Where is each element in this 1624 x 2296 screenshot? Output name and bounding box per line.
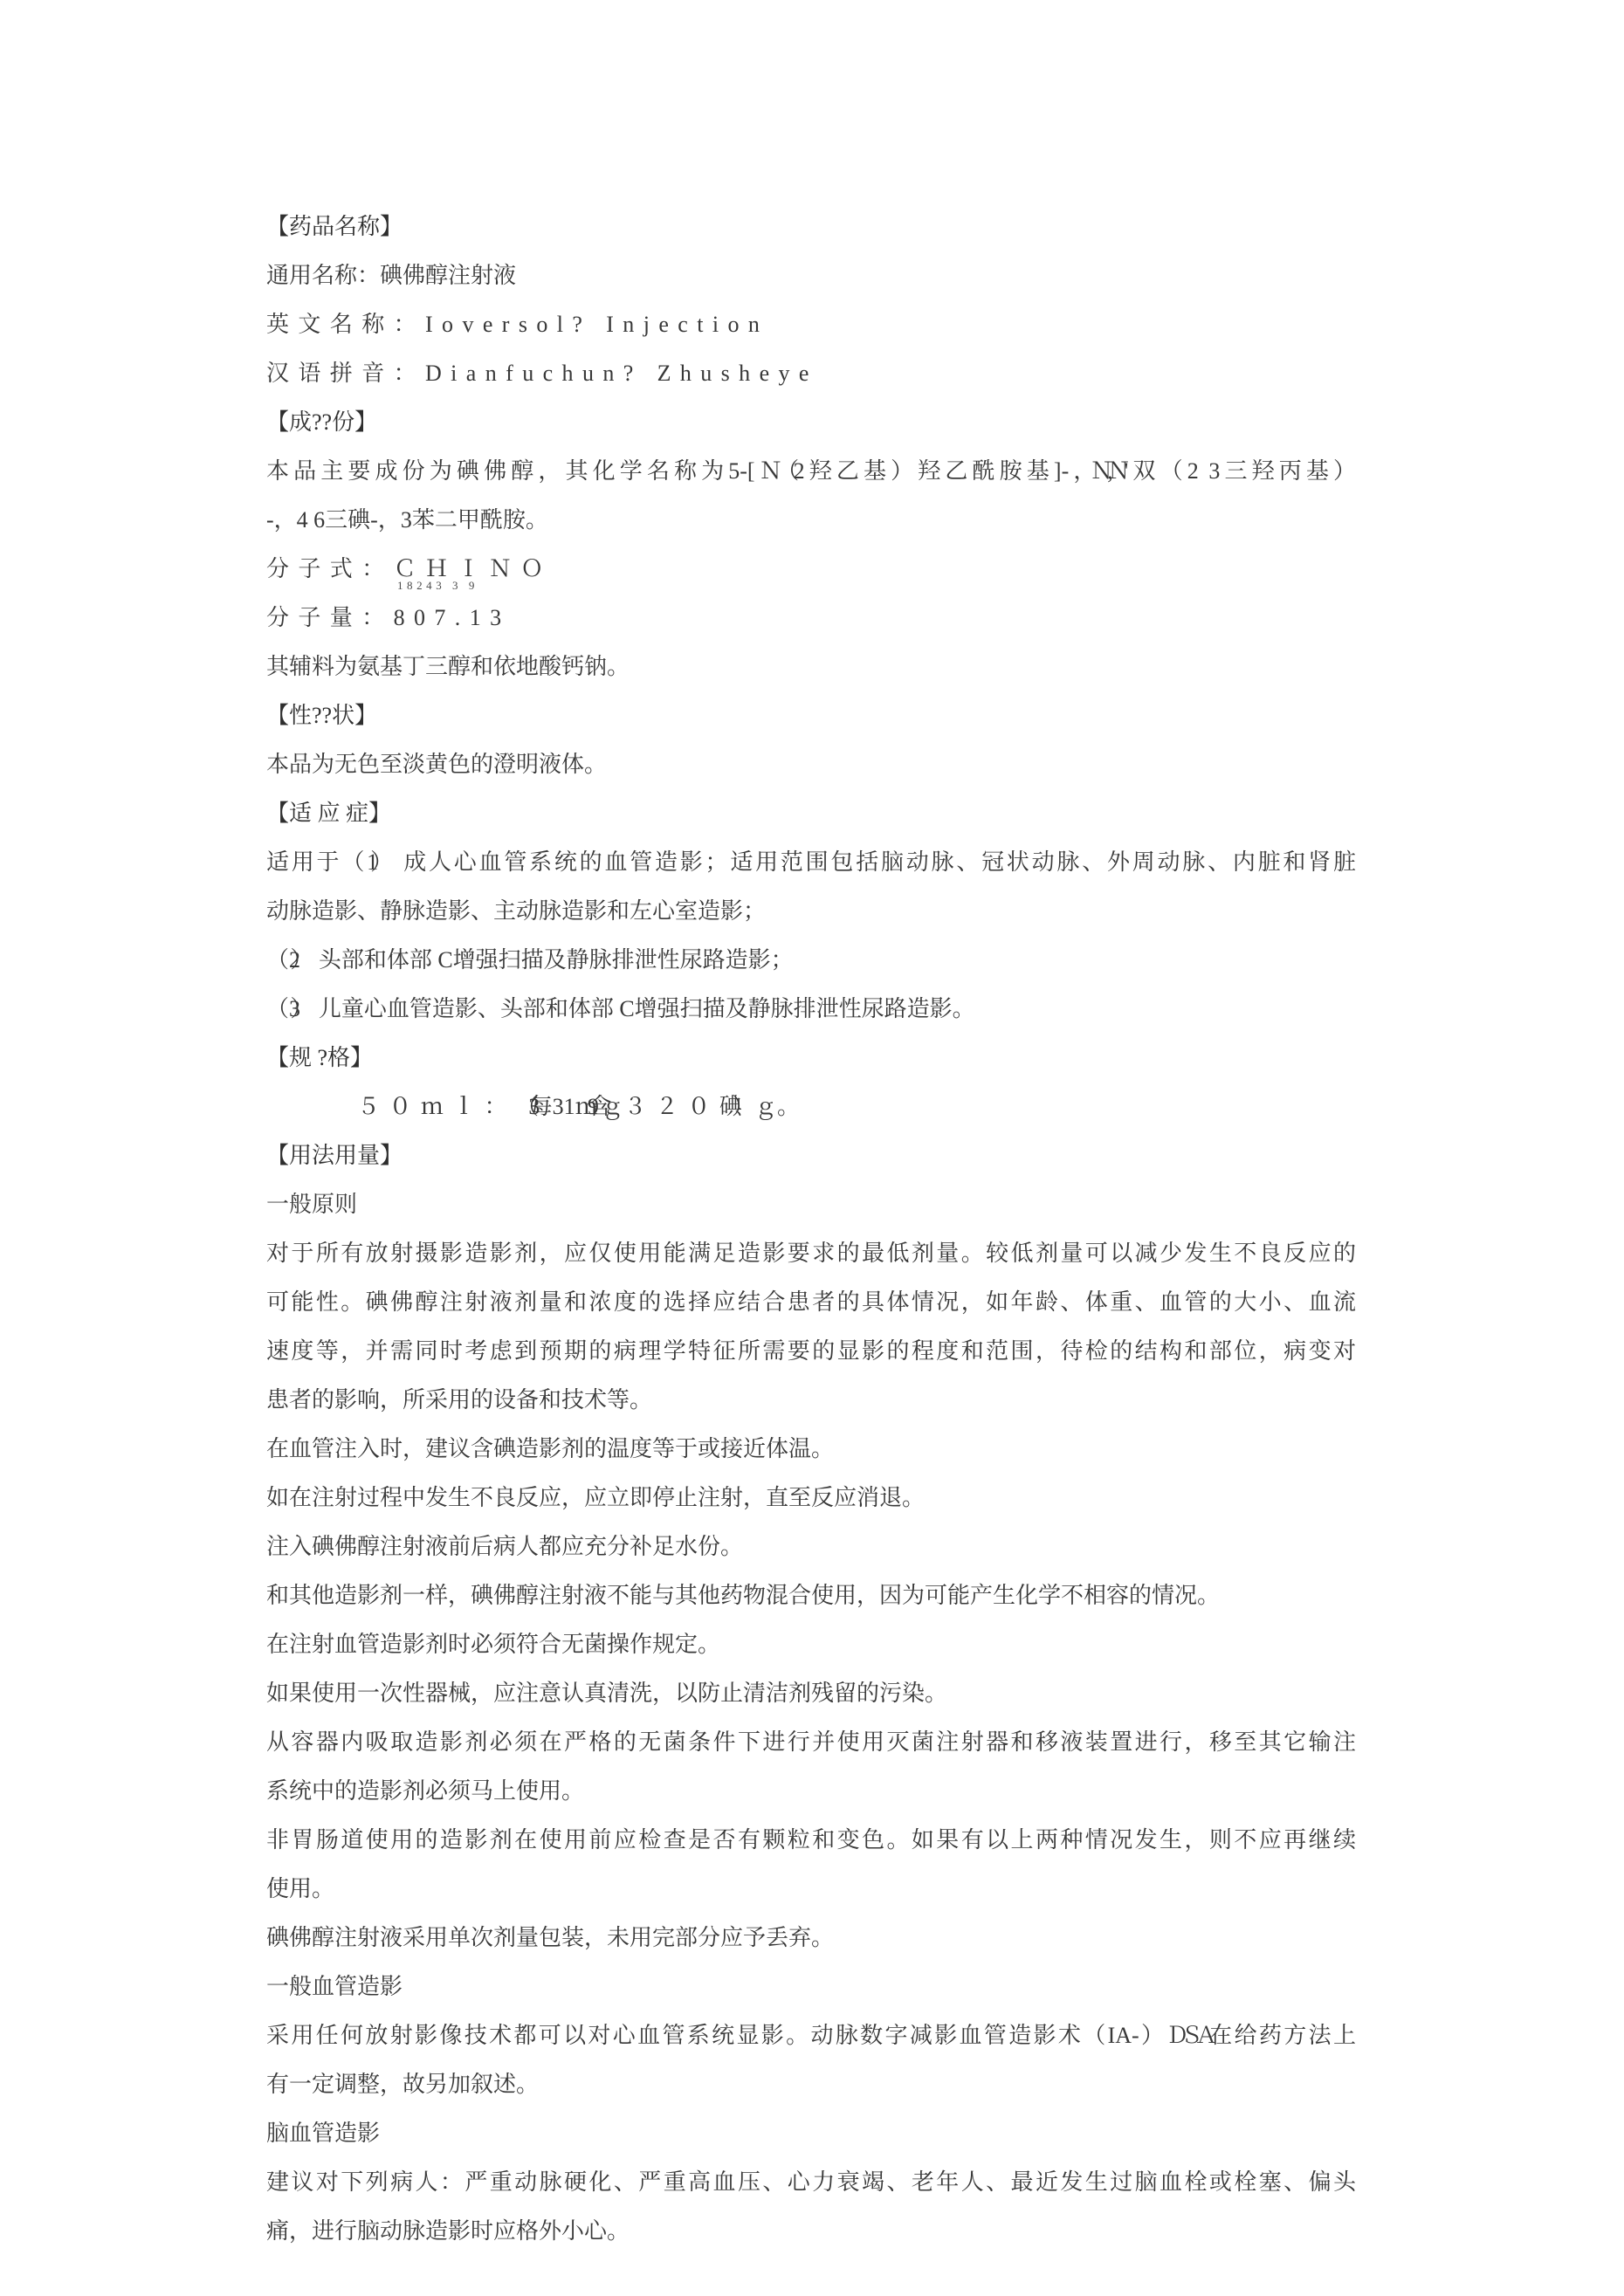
general-angiography-title-run-0: 一般血管造影	[266, 1974, 403, 1999]
strength-line-run-3: 31	[553, 1094, 575, 1119]
description-line-run-0: 本品为无色至淡黄色的澄明液体。	[266, 752, 607, 777]
section-header-description: 【性??状】	[266, 691, 1356, 740]
composition-line-1-run-2: 羟乙基）羟乙酰胺基]-	[805, 458, 1070, 484]
dosage-paragraph-7-run-0: 如果使用一次性器械，应注意认真清洗，以防止清洁剂残留的污染。	[266, 1681, 947, 1706]
indications-line-3: （2） 头部和体部 C增强扫描及静脉排泄性尿路造影；	[266, 936, 1356, 985]
generic-name-line: 通用名称：碘佛醇注射液	[266, 251, 1356, 300]
dosage-paragraph-8-line-1: 从容器内吸取造影剂必须在严格的无菌条件下进行并使用灭菌注射器和移液装置进行，移至…	[266, 1718, 1356, 1767]
dosage-paragraph-7: 如果使用一次性器械，应注意认真清洗，以防止清洁剂残留的污染。	[266, 1669, 1356, 1718]
section-header-indications-run-0: 【适 应 症】	[266, 801, 391, 826]
dosage-general-principles-title: 一般原则	[266, 1180, 1356, 1229]
general-angiography-line-1: 采用任何放射影像技术都可以对心血管系统显影。动脉数字减影血管造影术（IA-）ＤＳ…	[266, 2011, 1356, 2060]
composition-line-1-run-0: 本品主要成份为碘佛醇，其化学名称为5-[	[266, 458, 755, 484]
cerebral-angiography-line-2-run-0: 痛，进行脑动脉造影时应格外小心。	[266, 2218, 630, 2244]
dosage-paragraph-1-line-1: 对于所有放射摄影造影剂，应仅使用能满足造影要求的最低剂量。较低剂量可以减少发生不…	[266, 1229, 1356, 1278]
dosage-paragraph-8-line-1-run-0: 从容器内吸取造影剂必须在严格的无菌条件下进行并使用灭菌注射器和移液装置进行，移至…	[266, 1729, 1356, 1755]
indications-line-1-run-1: 1）	[367, 849, 385, 875]
dosage-paragraph-3: 如在注射过程中发生不良反应，应立即停止注射，直至反应消退。	[266, 1474, 1356, 1523]
indications-line-4-run-0: （	[266, 996, 289, 1021]
section-header-drug-name-run-0: 【药品名称】	[266, 214, 403, 239]
indications-line-4-run-1: 3）	[289, 996, 303, 1021]
cerebral-angiography-line-2: 痛，进行脑动脉造影时应格外小心。	[266, 2207, 1356, 2256]
strength-line-run-7: ｇ。	[754, 1094, 800, 1119]
dosage-paragraph-1-line-3-run-0: 速度等，并需同时考虑到预期的病理学特征所需要的显影的程度和范围，待检的结构和部位…	[266, 1338, 1356, 1364]
section-header-composition: 【成??份】	[266, 398, 1356, 447]
dosage-paragraph-9-line-1-run-0: 非胃肠道使用的造影剂在使用前应检查是否有颗粒和变色。如果有以上两种情况发生，则不…	[266, 1827, 1356, 1853]
dosage-paragraph-10: 碘佛醇注射液采用单次剂量包装，未用完部分应予丢弃。	[266, 1914, 1356, 1963]
excipients-line: 其辅料为氨基丁三醇和依地酸钙钠。	[266, 643, 1356, 691]
general-angiography-line-1-run-1: ＤＳＡ在	[1166, 2023, 1224, 2048]
composition-line-2-run-0: -，4 6三碘-，3苯二甲酰胺。	[266, 507, 548, 533]
dosage-paragraph-1-line-2: 可能性。碘佛醇注射液剂量和浓度的选择应结合患者的具体情况，如年龄、体重、血管的大…	[266, 1278, 1356, 1327]
dosage-paragraph-5-run-0: 和其他造影剂一样，碘佛醇注射液不能与其他药物混合使用，因为可能产生化学不相容的情…	[266, 1583, 1220, 1608]
molecular-formula-line: 分子式：ＣＨＩＮＯ18243 3 9	[266, 545, 1356, 594]
section-header-composition-run-0: 【成??份】	[266, 409, 377, 435]
composition-line-1: 本品主要成份为碘佛醇，其化学名称为5-[Ｎ（2羟乙基）羟乙酰胺基]-，Ｎ,Ｎ'双…	[266, 447, 1356, 496]
indications-line-1: 适用于（1） 成人心血管系统的血管造影；适用范围包括脑动脉、冠状动脉、外周动脉、…	[266, 838, 1356, 887]
section-header-indications: 【适 应 症】	[266, 789, 1356, 838]
section-header-description-run-0: 【性??状】	[266, 703, 377, 728]
general-angiography-line-2: 有一定调整，故另加叙述。	[266, 2060, 1356, 2109]
cerebral-angiography-title-run-0: 脑血管造影	[266, 2121, 380, 2146]
section-header-drug-name: 【药品名称】	[266, 203, 1356, 251]
dosage-paragraph-4: 注入碘佛醇注射液前后病人都应充分补足水份。	[266, 1523, 1356, 1571]
document-page: 【药品名称】通用名称：碘佛醇注射液英文名称：Ioversol? Injectio…	[266, 203, 1356, 2256]
composition-line-1-run-4: 双（2 3三羟丙基）	[1128, 458, 1356, 484]
indications-line-1-run-0: 适用于（	[266, 849, 367, 875]
pinyin-name-line: 汉语拼音：Dianfuchun? Zhusheye	[266, 349, 1356, 398]
section-header-dosage: 【用法用量】	[266, 1131, 1356, 1180]
dosage-paragraph-1-line-3: 速度等，并需同时考虑到预期的病理学特征所需要的显影的程度和范围，待检的结构和部位…	[266, 1327, 1356, 1376]
description-line: 本品为无色至淡黄色的澄明液体。	[266, 740, 1356, 789]
indications-line-3-run-0: （	[266, 947, 289, 973]
dosage-paragraph-3-run-0: 如在注射过程中发生不良反应，应立即停止注射，直至反应消退。	[266, 1485, 925, 1510]
molecular-weight-line-run-0: 分子量：807.13	[266, 605, 511, 630]
english-name-line-run-0: 英文名称：Ioversol? Injection	[266, 312, 768, 337]
composition-line-2: -，4 6三碘-，3苯二甲酰胺。	[266, 496, 1356, 545]
dosage-paragraph-6: 在注射血管造影剂时必须符合无菌操作规定。	[266, 1620, 1356, 1669]
generic-name-line-run-0: 通用名称：碘佛醇注射液	[266, 263, 516, 288]
english-name-line: 英文名称：Ioversol? Injection	[266, 300, 1356, 349]
dosage-paragraph-10-run-0: 碘佛醇注射液采用单次剂量包装，未用完部分应予丢弃。	[266, 1925, 834, 1950]
section-header-strength-run-0: 【规 ?格】	[266, 1045, 373, 1070]
dosage-general-principles-title-run-0: 一般原则	[266, 1192, 357, 1217]
cerebral-angiography-line-1-run-0: 建议对下列病人：严重动脉硬化、严重高血压、心力衰竭、老年人、最近发生过脑血栓或栓…	[266, 2169, 1356, 2195]
dosage-paragraph-8-line-2-run-0: 系统中的造影剂必须马上使用。	[266, 1778, 584, 1804]
dosage-paragraph-2-run-0: 在血管注入时，建议含碘造影剂的温度等于或接近体温。	[266, 1436, 834, 1461]
dosage-paragraph-9-line-1: 非胃肠道使用的造影剂在使用前应检查是否有颗粒和变色。如果有以上两种情况发生，则不…	[266, 1816, 1356, 1865]
strength-line-run-2: （3每	[527, 1094, 542, 1119]
pinyin-name-line-run-0: 汉语拼音：Dianfuchun? Zhusheye	[266, 361, 818, 386]
general-angiography-title: 一般血管造影	[266, 1963, 1356, 2011]
indications-line-3-run-1: 2）	[289, 947, 303, 973]
excipients-line-run-0: 其辅料为氨基丁三醇和依地酸钙钠。	[266, 654, 630, 679]
composition-line-1-run-1: Ｎ（2	[755, 458, 795, 484]
dosage-paragraph-9-line-2-run-0: 使用。	[266, 1876, 334, 1901]
strength-line-run-4: ｍ9含ｇ	[575, 1094, 614, 1119]
cerebral-angiography-line-1: 建议对下列病人：严重动脉硬化、严重高血压、心力衰竭、老年人、最近发生过脑血栓或栓…	[266, 2158, 1356, 2207]
strength-line: ５０ｍｌ： （3每31ｍ9含ｇ３２０碘）ｇ。	[266, 1083, 1356, 1131]
molecular-weight-line: 分子量：807.13	[266, 594, 1356, 643]
cerebral-angiography-title: 脑血管造影	[266, 2109, 1356, 2158]
indications-line-3-run-2: 头部和体部 C增强扫描及静脉排泄性尿路造影；	[313, 947, 793, 973]
general-angiography-line-1-run-0: 采用任何放射影像技术都可以对心血管系统显影。动脉数字减影血管造影术（IA-）	[266, 2023, 1166, 2048]
indications-line-1-run-2: 成人心血管系统的血管造影；适用范围包括脑动脉、冠状动脉、外周动脉、内脏和肾脏	[396, 849, 1356, 875]
dosage-paragraph-1-line-2-run-0: 可能性。碘佛醇注射液剂量和浓度的选择应结合患者的具体情况，如年龄、体重、血管的大…	[266, 1289, 1356, 1315]
indications-line-4: （3） 儿童心血管造影、头部和体部 C增强扫描及静脉排泄性尿路造影。	[266, 985, 1356, 1034]
composition-line-1-run-3: ，Ｎ,Ｎ'	[1069, 458, 1118, 484]
indications-line-2-run-0: 动脉造影、静脉造影、主动脉造影和左心室造影；	[266, 898, 766, 924]
strength-line-run-5: ３２０	[624, 1094, 719, 1119]
dosage-paragraph-4-run-0: 注入碘佛醇注射液前后病人都应充分补足水份。	[266, 1534, 743, 1559]
dosage-paragraph-1-line-1-run-0: 对于所有放射摄影造影剂，应仅使用能满足造影要求的最低剂量。较低剂量可以减少发生不…	[266, 1241, 1356, 1266]
dosage-paragraph-6-run-0: 在注射血管造影剂时必须符合无菌操作规定。	[266, 1632, 720, 1657]
dosage-paragraph-9-line-2: 使用。	[266, 1865, 1356, 1914]
strength-line-run-6: 碘）	[719, 1094, 745, 1119]
dosage-paragraph-2: 在血管注入时，建议含碘造影剂的温度等于或接近体温。	[266, 1425, 1356, 1474]
molecular-formula-line-run-1: 18243 3 9	[397, 580, 478, 591]
general-angiography-line-1-run-2: 给药方法上	[1235, 2023, 1356, 2048]
indications-line-4-run-2: 儿童心血管造影、头部和体部 C增强扫描及静脉排泄性尿路造影。	[313, 996, 974, 1021]
dosage-paragraph-1-line-4: 患者的影响，所采用的设备和技术等。	[266, 1376, 1356, 1425]
general-angiography-line-2-run-0: 有一定调整，故另加叙述。	[266, 2072, 539, 2097]
dosage-paragraph-5: 和其他造影剂一样，碘佛醇注射液不能与其他药物混合使用，因为可能产生化学不相容的情…	[266, 1571, 1356, 1620]
dosage-paragraph-1-line-4-run-0: 患者的影响，所采用的设备和技术等。	[266, 1387, 652, 1413]
section-header-dosage-run-0: 【用法用量】	[266, 1143, 403, 1168]
section-header-strength: 【规 ?格】	[266, 1034, 1356, 1083]
strength-line-run-1	[505, 1094, 527, 1119]
strength-line-run-0: ５０ｍｌ：	[357, 1094, 505, 1119]
dosage-paragraph-8-line-2: 系统中的造影剂必须马上使用。	[266, 1767, 1356, 1816]
indications-line-2: 动脉造影、静脉造影、主动脉造影和左心室造影；	[266, 887, 1356, 936]
molecular-formula-line-run-0: 分子式：ＣＨＩＮＯ	[266, 556, 553, 581]
